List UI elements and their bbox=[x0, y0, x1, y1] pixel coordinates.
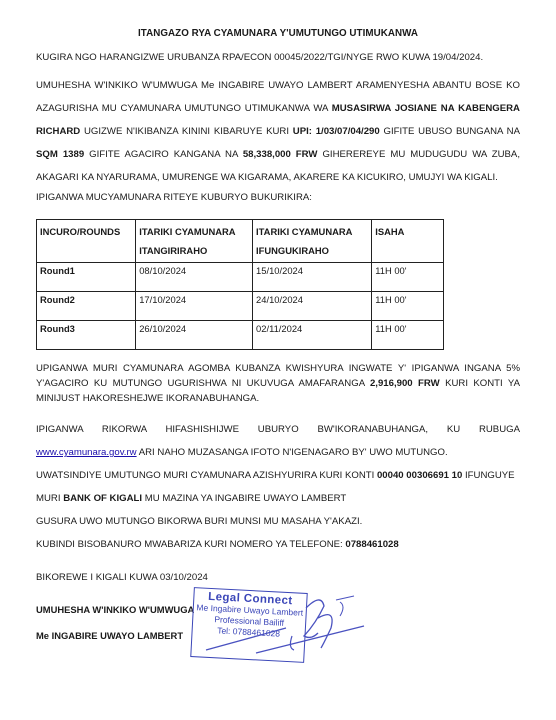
payment-paragraph: UWATSINDIYE UMUTUNGO MURI CYAMUNARA AZIS… bbox=[36, 464, 520, 510]
table-row: Round3 26/10/2024 02/11/2024 11H 00' bbox=[37, 321, 444, 350]
upi-number: UPI: 1/03/07/04/290 bbox=[293, 126, 380, 137]
table-row: Round1 08/10/2024 15/10/2024 11H 00' bbox=[37, 263, 444, 292]
bank-name: BANK OF KIGALI bbox=[63, 493, 142, 504]
header-time: ISAHA bbox=[372, 220, 444, 263]
announcement-paragraph: UMUHESHA W'INKIKO W'UMWUGA Me INGABIRE U… bbox=[36, 74, 520, 189]
property-value: 58,338,000 FRW bbox=[243, 149, 318, 160]
document-page: ITANGAZO RYA CYAMUNARA Y'UMUTUNGO UTIMUK… bbox=[0, 0, 556, 720]
table-header-row: INCURO/ROUNDS ITARIKI CYAMUNARA ITANGIRI… bbox=[37, 220, 444, 263]
phone-number: 0788461028 bbox=[345, 539, 398, 550]
table-row: Round2 17/10/2024 24/10/2024 11H 00' bbox=[37, 292, 444, 321]
header-start-date: ITARIKI CYAMUNARA ITANGIRIRAHO bbox=[136, 220, 253, 263]
document-title: ITANGAZO RYA CYAMUNARA Y'UMUTUNGO UTIMUK… bbox=[0, 28, 556, 39]
auction-rounds-table: INCURO/ROUNDS ITARIKI CYAMUNARA ITANGIRI… bbox=[36, 219, 444, 350]
visit-paragraph: GUSURA UWO MUTUNGO BIKORWA BURI MUNSI MU… bbox=[36, 510, 520, 533]
place-date: BIKOREWE I KIGALI KUWA 03/10/2024 bbox=[36, 566, 520, 589]
auction-website-link[interactable]: www.cyamunara.gov.rw bbox=[36, 447, 137, 458]
header-end-date: ITARIKI CYAMUNARA IFUNGUKIRAHO bbox=[253, 220, 372, 263]
deposit-amount: 2,916,900 FRW bbox=[370, 378, 440, 389]
handwritten-signature bbox=[196, 588, 376, 658]
header-rounds: INCURO/ROUNDS bbox=[37, 220, 136, 263]
intro-paragraph: KUGIRA NGO HARANGIZWE URUBANZA RPA/ECON … bbox=[36, 46, 520, 69]
schedule-intro: IPIGANWA MUCYAMUNARA RITEYE KUBURYO BUKU… bbox=[36, 186, 520, 209]
plot-size: SQM 1389 bbox=[36, 149, 84, 160]
account-number: 00040 00306691 10 bbox=[377, 470, 462, 481]
contact-paragraph: KUBINDI BISOBANURO MWABARIZA KURI NOMERO… bbox=[36, 533, 520, 556]
online-auction-paragraph: IPIGANWA RIKORWA HIFASHISHIJWE UBURYO BW… bbox=[36, 418, 520, 464]
deposit-paragraph: UPIGANWA MURI CYAMUNARA AGOMBA KUBANZA K… bbox=[36, 361, 520, 406]
